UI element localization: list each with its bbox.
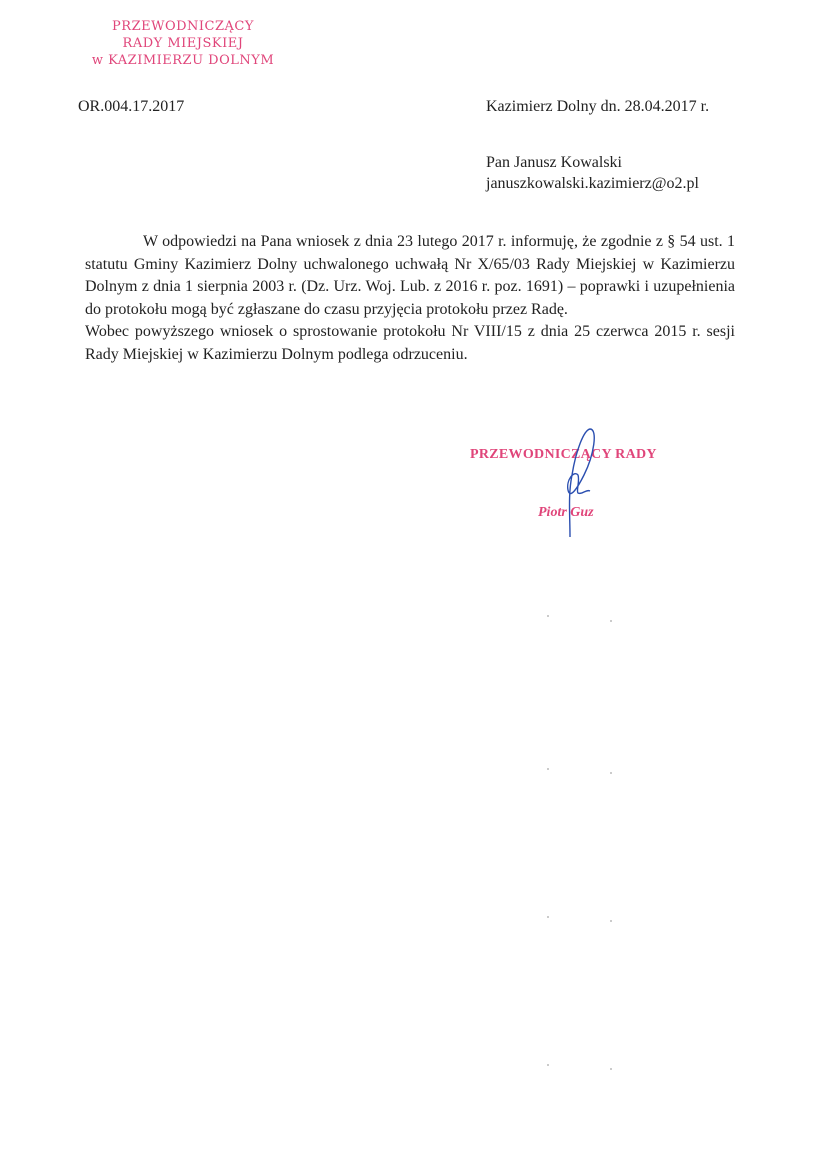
scan-speck [547,768,549,770]
scan-speck [610,1068,612,1070]
stamp-line: PRZEWODNICZĄCY [78,18,288,35]
scan-speck [547,615,549,617]
addressee-name: Pan Janusz Kowalski [486,152,699,173]
reference-number: OR.004.17.2017 [78,98,184,116]
body-paragraph-2: Wobec powyższego wniosek o sprostowanie … [85,321,735,366]
scan-speck [610,772,612,774]
addressee: Pan Janusz Kowalski januszkowalski.kazim… [486,152,699,194]
letter-body: W odpowiedzi na Pana wniosek z dnia 23 l… [85,231,735,366]
handwritten-signature-icon [548,425,608,540]
stamp-line: RADY MIEJSKIEJ [78,35,288,52]
scan-speck [547,916,549,918]
scan-speck [610,920,612,922]
place-date: Kazimierz Dolny dn. 28.04.2017 r. [486,98,709,116]
scan-speck [610,620,612,622]
stamp-line: w KAZIMIERZU DOLNYM [78,52,288,69]
scan-speck [547,1064,549,1066]
addressee-email: januszkowalski.kazimierz@o2.pl [486,173,699,194]
body-paragraph-1: W odpowiedzi na Pana wniosek z dnia 23 l… [85,231,735,321]
header-stamp: PRZEWODNICZĄCY RADY MIEJSKIEJ w KAZIMIER… [78,18,288,69]
